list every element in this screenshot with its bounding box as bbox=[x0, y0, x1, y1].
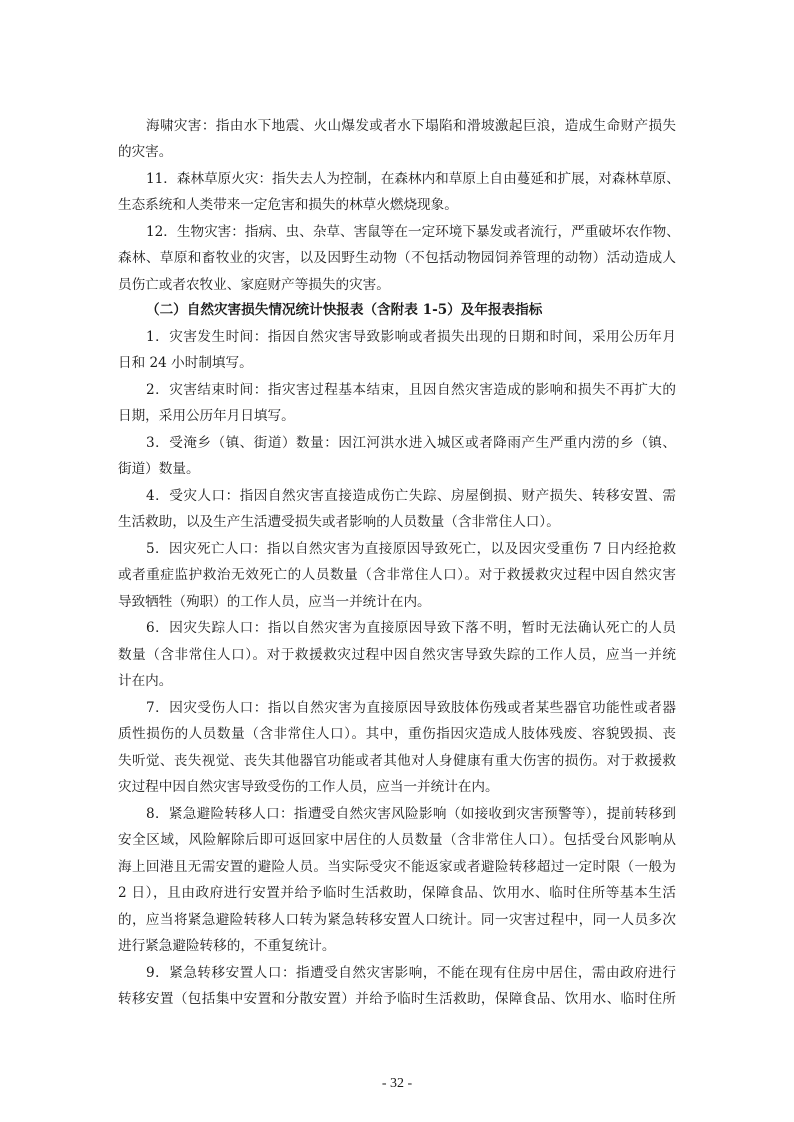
text-line: 3．受淹乡（镇、街道）数量：因江河洪水进入城区或者降雨产生严重内涝的乡（镇、 bbox=[146, 433, 676, 453]
text-line: 生活救助，以及生产生活遭受损失或者影响的人员数量（含非常住人口）。 bbox=[118, 512, 676, 532]
text-line: 海啸灾害：指由水下地震、火山爆发或者水下塌陷和滑坡激起巨浪，造成生命财产损失 bbox=[146, 116, 676, 136]
text-line: 导致牺牲（殉职）的工作人员，应当一并统计在内。 bbox=[118, 592, 676, 612]
text-line: 进行紧急避险转移的，不重复统计。 bbox=[118, 936, 676, 956]
document-page: 海啸灾害：指由水下地震、火山爆发或者水下塌陷和滑坡激起巨浪，造成生命财产损失的灾… bbox=[0, 0, 794, 1122]
text-line: 海上回港且无需安置的避险人员。当实际受灾不能返家或者避险转移超过一定时限（一般为 bbox=[118, 857, 676, 877]
text-line: 或者重症监护救治无效死亡的人员数量（含非常住人口）。对于救援救灾过程中因自然灾害 bbox=[118, 565, 676, 585]
text-line: 数量（含非常住人口）。对于救援救灾过程中因自然灾害导致失踪的工作人员，应当一并统 bbox=[118, 645, 676, 665]
text-line: 8．紧急避险转移人口：指遭受自然灾害风险影响（如接收到灾害预警等），提前转移到 bbox=[146, 804, 676, 824]
text-line: 员伤亡或者农牧业、家庭财产等损失的灾害。 bbox=[118, 275, 676, 295]
text-line: 安全区域，风险解除后即可返回家中居住的人员数量（含非常住人口）。包括受台风影响从 bbox=[118, 830, 676, 850]
page-number: - 32 - bbox=[0, 1076, 794, 1092]
text-line: 4．受灾人口：指因自然灾害直接造成伤亡失踪、房屋倒损、财产损失、转移安置、需 bbox=[146, 486, 676, 506]
text-line: 转移安置（包括集中安置和分散安置）并给予临时生活救助，保障食品、饮用水、临时住所 bbox=[118, 989, 676, 1009]
text-line: 5．因灾死亡人口：指以自然灾害为直接原因导致死亡，以及因灾受重伤 7 日内经抢救 bbox=[146, 539, 676, 559]
text-line: 灾过程中因自然灾害导致受伤的工作人员，应当一并统计在内。 bbox=[118, 777, 676, 797]
section-heading: （二）自然灾害损失情况统计快报表（含附表 1-5）及年报表指标 bbox=[146, 300, 676, 320]
text-line: 12．生物灾害：指病、虫、杂草、害鼠等在一定环境下暴发或者流行，严重破坏农作物、 bbox=[146, 222, 676, 242]
text-line: 的，应当将紧急避险转移人口转为紧急转移安置人口统计。同一灾害过程中，同一人员多次 bbox=[118, 910, 676, 930]
text-line: 日和 24 小时制填写。 bbox=[118, 353, 676, 373]
text-line: 质性损伤的人员数量（含非常住人口）。其中，重伤指因灾造成人肢体残废、容貌毁损、丧 bbox=[118, 724, 676, 744]
text-line: 11．森林草原火灾：指失去人为控制，在森林内和草原上自由蔓延和扩展，对森林草原、 bbox=[146, 169, 676, 189]
text-line: 计在内。 bbox=[118, 671, 676, 691]
text-line: 1．灾害发生时间：指因自然灾害导致影响或者损失出现的日期和时间，采用公历年月 bbox=[146, 327, 676, 347]
text-line: 2 日），且由政府进行安置并给予临时生活救助，保障食品、饮用水、临时住所等基本生… bbox=[118, 883, 676, 903]
text-line: 日期，采用公历年月日填写。 bbox=[118, 406, 676, 426]
text-line: 失听觉、丧失视觉、丧失其他器官功能或者其他对人身健康有重大伤害的损伤。对于救援救 bbox=[118, 751, 676, 771]
text-line: 街道）数量。 bbox=[118, 459, 676, 479]
text-line: 的灾害。 bbox=[118, 142, 676, 162]
text-line: 生态系统和人类带来一定危害和损失的林草火燃烧现象。 bbox=[118, 195, 676, 215]
text-line: 7．因灾受伤人口：指以自然灾害为直接原因导致肢体伤残或者某些器官功能性或者器 bbox=[146, 698, 676, 718]
text-line: 森林、草原和畜牧业的灾害，以及因野生动物（不包括动物园饲养管理的动物）活动造成人 bbox=[118, 248, 676, 268]
text-line: 2．灾害结束时间：指灾害过程基本结束，且因自然灾害造成的影响和损失不再扩大的 bbox=[146, 380, 676, 400]
text-line: 9．紧急转移安置人口：指遭受自然灾害影响，不能在现有住房中居住，需由政府进行 bbox=[146, 963, 676, 983]
text-line: 6．因灾失踪人口：指以自然灾害为直接原因导致下落不明，暂时无法确认死亡的人员 bbox=[146, 618, 676, 638]
